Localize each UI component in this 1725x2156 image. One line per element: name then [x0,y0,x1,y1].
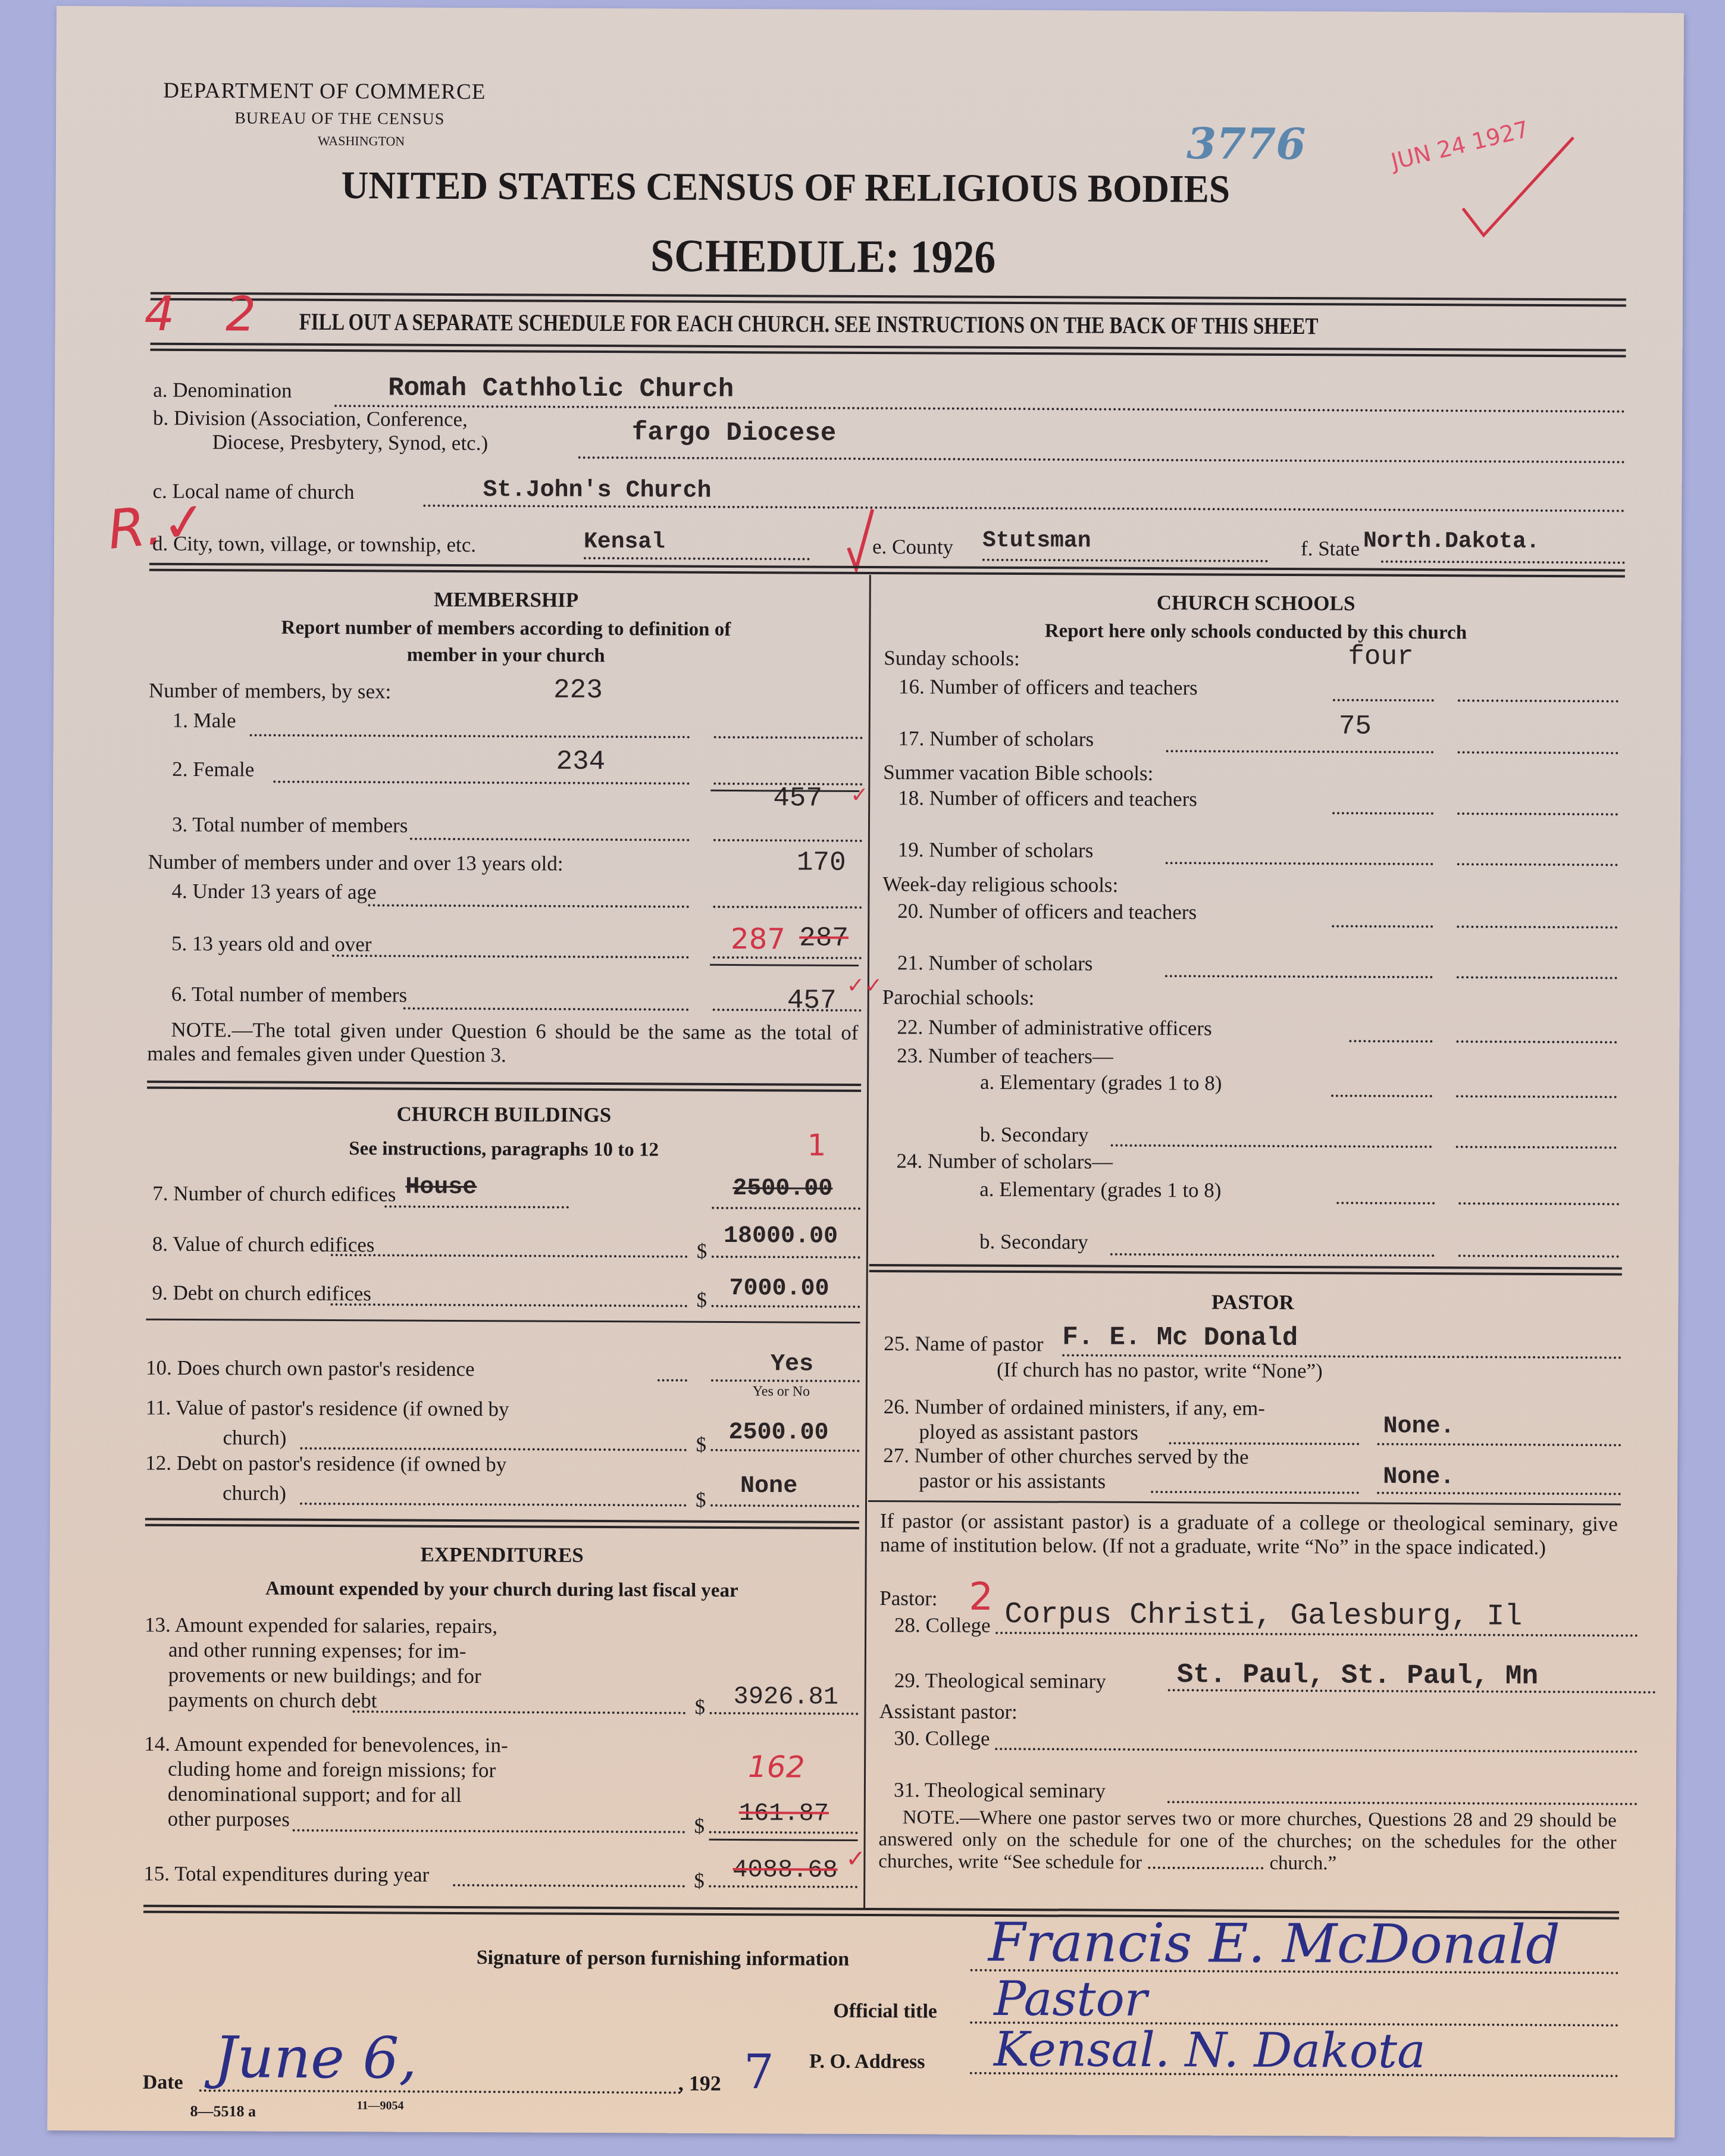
benevolences-label-4: other purposes [168,1807,290,1832]
pastor-college-field[interactable]: Corpus Christi, Galesburg, Il [1004,1598,1522,1634]
benevolences-field[interactable]: 161.87 [739,1799,829,1828]
year-prefix: , 192 [678,2071,721,2096]
membership-subheading-1: Report number of members according to de… [149,617,863,642]
edifices-correction: 1 [807,1128,827,1163]
owns-residence-label: 10. Does church own pastor's residence [146,1356,475,1381]
residence-value-field[interactable]: 2500.00 [728,1419,828,1447]
print-code: 11—9054 [357,2099,404,2113]
other-churches-label-1: 27. Number of other churches served by t… [883,1444,1248,1469]
po-address-field[interactable]: Kensal. N. Dakota [994,2022,1426,2079]
over-13-label: 5. 13 years old and over [171,932,371,956]
city-line [584,557,810,561]
sunday-schools-label: Sunday schools: [884,646,1020,671]
q24a-line [1336,1201,1435,1204]
pastor-name-label: 25. Name of pastor [884,1332,1043,1356]
pastor-name-hint: (If church has no pastor, write “None”) [997,1358,1323,1383]
over-13-correction: 287 [731,922,785,956]
summer-officers-label: 18. Number of officers and teachers [898,786,1197,811]
double-rule [147,1081,861,1092]
q23a-value-line [1456,1095,1617,1098]
q14-line [293,1829,685,1833]
female-count-field[interactable]: 234 [556,746,605,777]
total-expenditures-label: 15. Total expenditures during year [143,1862,429,1887]
division-field[interactable]: fargo Diocese [632,418,836,448]
currency-symbol: $ [696,1433,706,1457]
q22-value-line [1456,1040,1617,1043]
checkmark-icon: ✓✓ [847,974,883,998]
double-rule [869,1264,1622,1276]
scholars-elementary-label: a. Elementary (grades 1 to 8) [979,1178,1221,1203]
city-heading: WASHINGTON [318,133,405,149]
currency-symbol: $ [696,1488,706,1512]
sunday-scholars-field[interactable]: 75 [1339,711,1372,741]
currency-symbol: $ [694,1814,705,1838]
sunday-scholars-label: 17. Number of scholars [898,727,1094,751]
male-line [250,734,690,738]
serial-number-stamp: 3776 [1186,118,1306,169]
city-field[interactable]: Kensal [584,529,665,555]
church-schools-subheading: Report here only schools conducted by th… [881,619,1630,644]
benevolences-label-2: cluding home and foreign missions; for [168,1757,496,1782]
date-field[interactable]: June 6, [214,2024,418,2091]
weekday-schools-label: Week-day religious schools: [882,872,1118,897]
buildings-heading: CHURCH BUILDINGS [147,1102,861,1128]
q16-value-line [1458,699,1618,702]
division-label-2: Diocese, Presbytery, Synod, etc.) [212,430,488,455]
membership-subheading-2: member in your church [149,643,863,668]
currency-symbol: $ [696,1288,707,1312]
q8-line [331,1254,688,1258]
currency-symbol: $ [697,1240,707,1263]
county-field[interactable]: Stutsman [982,528,1091,554]
q15-value-line [709,1885,857,1888]
assistant-ministers-label-2: ployed as assistant pastors [919,1420,1138,1445]
q20-line [1332,925,1433,928]
over-13-field[interactable]: 287 [799,922,849,953]
seminary-label: 29. Theological seminary [894,1669,1106,1694]
year-field[interactable]: 7 [744,2044,774,2099]
q13-value-line [709,1712,858,1715]
q24a-value-line [1458,1202,1619,1205]
running-expenses-label-2: and other running expenses; for im- [168,1638,467,1663]
q26-value-line [1377,1443,1621,1447]
owns-residence-field[interactable]: Yes [771,1351,813,1378]
checkmark-icon [846,506,875,572]
q30-line [995,1748,1638,1753]
local-name-field[interactable]: St.John's Church [483,477,711,505]
q8-value-line [712,1256,860,1259]
edifices-value-label: 8. Value of church edifices [152,1232,375,1257]
assistant-college-label: 30. College [894,1726,990,1751]
assistant-ministers-label-1: 26. Number of ordained ministers, if any… [884,1395,1265,1420]
teachers-elementary-label: a. Elementary (grades 1 to 8) [980,1071,1222,1096]
pastor-seminary-field[interactable]: St. Paul, St. Paul, Mn [1177,1659,1539,1692]
q12-value-line [710,1504,859,1507]
summer-scholars-label: 19. Number of scholars [898,838,1094,862]
residence-debt-label-2: church) [223,1481,286,1505]
membership-heading: MEMBERSHIP [149,587,863,614]
q9-line [330,1303,687,1307]
q19-line [1166,862,1433,865]
residence-value-label-2: church) [223,1426,286,1450]
q5-line [332,955,689,959]
pastor-subsection-label: Pastor: [879,1587,937,1610]
q27-line [1151,1491,1359,1494]
sunday-officers-field[interactable]: four [1348,641,1414,672]
residence-value-label-1: 11. Value of pastor's residence (if owne… [146,1396,509,1422]
q18-line [1332,812,1433,815]
q24b-value-line [1458,1254,1619,1257]
division-label-1: b. Division (Association, Conference, [153,406,468,431]
q4-total-line [713,906,862,909]
graduate-note: If pastor (or assistant pastor) is a gra… [880,1509,1618,1560]
weekday-scholars-label: 21. Number of scholars [897,951,1093,975]
q23b-value-line [1456,1146,1617,1149]
q18-value-line [1457,812,1618,815]
teachers-label: 23. Number of teachers— [897,1044,1113,1069]
pastor-heading: PASTOR [878,1289,1627,1316]
q24b-line [1110,1253,1435,1257]
official-title-field[interactable]: Pastor [994,1971,1147,2027]
q20-value-line [1457,925,1617,928]
denomination-line [334,405,1626,412]
schedule-title: SCHEDULE: 1926 [650,229,996,284]
edifices-value-field[interactable]: 18000.00 [724,1223,838,1250]
benevolences-label-1: 14. Amount expended for benevolences, in… [144,1732,508,1758]
official-title-label: Official title [833,2000,937,2023]
admin-officers-label: 22. Number of administrative officers [897,1015,1211,1040]
edifices-count-field-right[interactable]: 2500.00 [732,1175,832,1203]
section-rule [868,1500,1621,1506]
expenditures-subheading: Amount expended by your church during la… [145,1578,859,1603]
date-label: Date [143,2071,183,2094]
q7-line [384,1205,569,1208]
yes-no-hint: Yes or No [753,1384,810,1400]
summer-schools-label: Summer vacation Bible schools: [883,761,1153,786]
bureau-heading: BUREAU OF THE CENSUS [234,109,444,129]
buildings-subheading: See instructions, paragraphs 10 to 12 [147,1137,861,1162]
currency-symbol: $ [694,1869,705,1893]
q23a-line [1331,1094,1432,1097]
female-label: 2. Female [172,758,254,782]
female-line [273,781,690,785]
q17-value-line [1458,751,1618,754]
double-rule [145,1518,859,1529]
q27-value-line [1377,1492,1621,1495]
q10-line [658,1379,687,1381]
under-13-label: 4. Under 13 years of age [171,880,376,905]
weekday-officers-label: 20. Number of officers and teachers [897,899,1197,924]
q19-value-line [1457,863,1618,866]
q31-line [1167,1801,1638,1805]
under-13-field[interactable]: 170 [797,847,846,878]
state-line [1381,561,1625,564]
edifices-count-label: 7. Number of church edifices [152,1182,396,1207]
q9-value-line [711,1305,860,1308]
double-rule [149,563,1625,578]
checkmark-icon [1460,131,1579,245]
pastor-name-field[interactable]: F. E. Mc Donald [1062,1322,1298,1353]
q11-value-line [710,1449,859,1452]
by-age-label: Number of members under and over 13 year… [148,850,563,876]
total-members-q6-field[interactable]: 457 [787,985,837,1016]
running-expenses-label-1: 13. Amount expended for salaries, repair… [145,1613,497,1639]
q12-line [300,1503,687,1507]
teachers-secondary-label: b. Secondary [980,1123,1089,1147]
other-churches-label-2: pastor or his assistants [919,1469,1106,1493]
by-sex-label: Number of members, by sex: [149,679,391,704]
college-label: 28. College [894,1613,991,1638]
assistant-seminary-label: 31. Theological seminary [894,1778,1106,1803]
expenditures-heading: EXPENDITURES [145,1542,859,1569]
q16-line [1333,699,1434,702]
total-members-q3-label: 3. Total number of members [172,813,408,838]
male-total-line [714,736,863,739]
q23b-line [1111,1144,1432,1148]
scholars-label: 24. Number of scholars— [896,1149,1113,1174]
denomination-field[interactable]: Romah Cathholic Church [388,373,734,405]
total-members-q3-field[interactable]: 457 [773,783,822,813]
benevolences-label-3: denominational support; and for all [168,1782,462,1807]
county-label: e. County [872,535,953,559]
q14-value-line [709,1831,858,1834]
column-divider [863,575,871,1908]
other-churches-field[interactable]: None. [1383,1464,1454,1491]
total-expenditures-field[interactable]: 4088.68 [732,1855,838,1885]
form-number: 8—5518 a [190,2102,256,2120]
q22-line [1349,1040,1432,1043]
sum-rule [709,1839,858,1841]
city-label: d. City, town, village, or township, etc… [152,532,476,557]
denomination-label: a. Denomination [153,378,292,403]
q21-line [1165,975,1433,978]
county-line [982,559,1268,562]
q15-line [453,1884,685,1888]
parochial-schools-label: Parochial schools: [882,985,1035,1010]
q21-value-line [1457,976,1617,979]
benevolences-correction: 162 [748,1750,805,1784]
assistant-pastor-label: Assistant pastor: [879,1700,1018,1724]
q4-line [368,904,689,908]
state-field[interactable]: North.Dakota. [1363,528,1540,555]
q6-line [403,1007,689,1011]
assistant-ministers-field[interactable]: None. [1383,1413,1455,1441]
section-rule [146,1319,860,1323]
sunday-officers-label: 16. Number of officers and teachers [898,675,1198,700]
pastor-mark: 2 [969,1575,993,1619]
male-count-field[interactable]: 223 [553,675,603,706]
running-expenses-field[interactable]: 3926.81 [734,1682,839,1711]
signature-field[interactable]: Francis E. McDonald [988,1911,1560,1976]
running-expenses-label-4: payments on church debt [168,1688,377,1713]
census-form-sheet: DEPARTMENT OF COMMERCE BUREAU OF THE CEN… [47,6,1684,2138]
currency-symbol: $ [694,1695,705,1719]
residence-debt-label-1: 12. Debt on pastor's residence (if owned… [145,1451,506,1477]
edifices-debt-field[interactable]: 7000.00 [730,1275,829,1303]
q11-line [300,1447,687,1451]
church-schools-heading: CHURCH SCHOOLS [881,590,1631,617]
division-line [578,456,1626,464]
double-rule [150,343,1626,358]
state-label: f. State [1301,537,1360,561]
male-label: 1. Male [173,709,236,733]
po-address-label: P. O. Address [809,2051,925,2074]
q17-line [1166,750,1434,753]
scholars-secondary-label: b. Secondary [979,1230,1088,1254]
q5-total-line [713,956,862,959]
q10-value-line [711,1379,860,1382]
signature-label: Signature of person furnishing informati… [477,1947,850,1971]
q3-line [410,838,690,841]
checkmark-icon: ✓ [850,783,868,808]
total-members-q6-label: 6. Total number of members [171,982,408,1007]
edifices-debt-label: 9. Debt on church edifices [152,1281,371,1306]
double-rule [151,292,1626,307]
local-name-line [423,505,1625,512]
q3-total-line [713,839,862,842]
pastor-note: NOTE.—Where one pastor serves two or mor… [878,1807,1616,1876]
q7-value-line [712,1207,860,1210]
q13-line [352,1710,685,1714]
edifices-count-field-left[interactable]: House [405,1174,477,1201]
residence-debt-field[interactable]: None [740,1473,797,1500]
running-expenses-label-3: provements or new buildings; and for [168,1663,481,1688]
instruction-banner: FILL OUT A SEPARATE SCHEDULE FOR EACH CH… [299,308,1319,340]
sum-rule [710,964,859,966]
checkmark-icon: ✓ [846,1845,866,1873]
margin-mark-top: 4 2 [145,286,274,342]
department-heading: DEPARTMENT OF COMMERCE [163,78,486,105]
membership-note: NOTE.—The total given under Question 6 s… [147,1018,858,1069]
form-title: UNITED STATES CENSUS OF RELIGIOUS BODIES [342,163,1231,212]
